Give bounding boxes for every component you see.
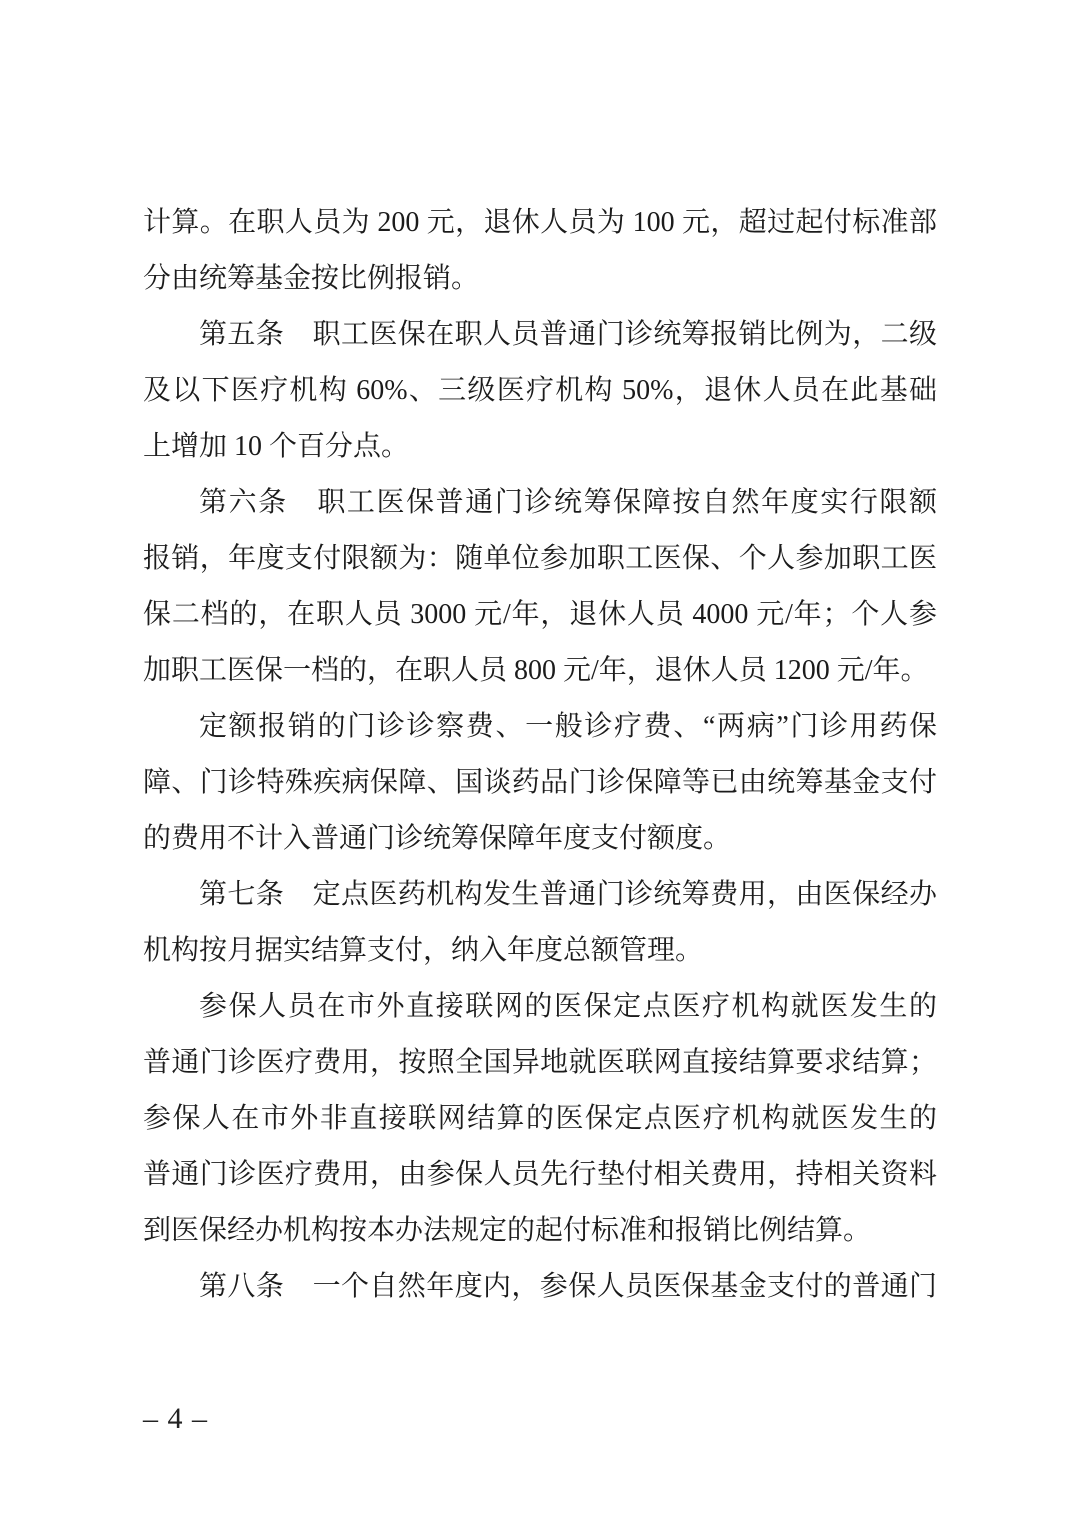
text-line: 第七条 定点医药机构发生普通门诊统筹费用，由医保经办: [143, 867, 937, 923]
document-page: 计算。在职人员为 200 元，退休人员为 100 元，超过起付标准部分由统筹基金…: [0, 0, 1074, 1520]
text-line: 机构按月据实结算支付，纳入年度总额管理。: [143, 923, 937, 979]
text-line: 第六条 职工医保普通门诊统筹保障按自然年度实行限额: [143, 475, 937, 531]
text-line: 及以下医疗机构 60%、三级医疗机构 50%，退休人员在此基础: [143, 363, 937, 419]
text-line: 第八条 一个自然年度内，参保人员医保基金支付的普通门: [143, 1259, 937, 1315]
text-line: 分由统筹基金按比例报销。: [143, 251, 937, 307]
text-line: 保二档的，在职人员 3000 元/年，退休人员 4000 元/年；个人参: [143, 587, 937, 643]
text-line: 报销，年度支付限额为：随单位参加职工医保、个人参加职工医: [143, 531, 937, 587]
text-line: 加职工医保一档的，在职人员 800 元/年，退休人员 1200 元/年。: [143, 643, 937, 699]
document-body: 计算。在职人员为 200 元，退休人员为 100 元，超过起付标准部分由统筹基金…: [143, 195, 937, 1315]
text-line: 参保人员在市外直接联网的医保定点医疗机构就医发生的: [143, 979, 937, 1035]
text-line: 普通门诊医疗费用，按照全国异地就医联网直接结算要求结算；: [143, 1035, 937, 1091]
text-line: 障、门诊特殊疾病保障、国谈药品门诊保障等已由统筹基金支付: [143, 755, 937, 811]
text-line: 计算。在职人员为 200 元，退休人员为 100 元，超过起付标准部: [143, 195, 937, 251]
text-line: 定额报销的门诊诊察费、一般诊疗费、“两病”门诊用药保: [143, 699, 937, 755]
text-line: 参保人在市外非直接联网结算的医保定点医疗机构就医发生的: [143, 1091, 937, 1147]
page-number: – 4 –: [143, 1402, 208, 1436]
text-line: 第五条 职工医保在职人员普通门诊统筹报销比例为，二级: [143, 307, 937, 363]
text-line: 上增加 10 个百分点。: [143, 419, 937, 475]
text-line: 到医保经办机构按本办法规定的起付标准和报销比例结算。: [143, 1203, 937, 1259]
text-line: 普通门诊医疗费用，由参保人员先行垫付相关费用，持相关资料: [143, 1147, 937, 1203]
text-line: 的费用不计入普通门诊统筹保障年度支付额度。: [143, 811, 937, 867]
